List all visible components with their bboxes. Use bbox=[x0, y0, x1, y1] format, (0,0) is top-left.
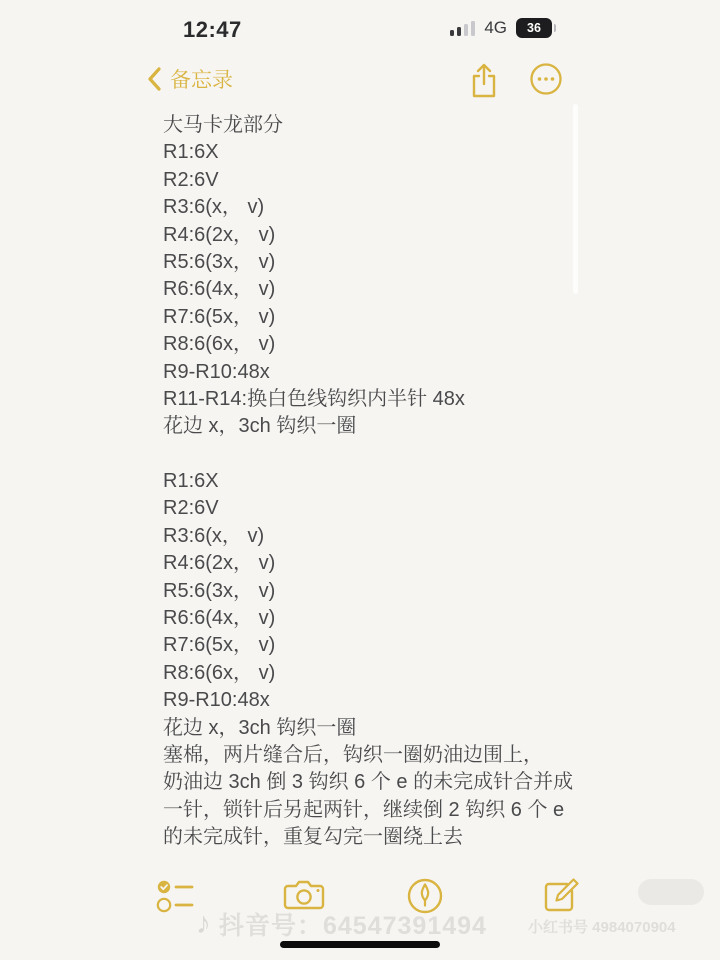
cellular-signal-icon bbox=[450, 21, 476, 36]
note-line: R2:6V bbox=[163, 167, 603, 194]
note-line: 塞棉，两片缝合后，钩织一圈奶油边围上， bbox=[163, 742, 603, 769]
note-line: 一针，锁针后另起两针，继续倒 2 钩织 6 个 e bbox=[163, 797, 603, 824]
note-line: R3:6(x， v) bbox=[163, 194, 603, 221]
clock: 12:47 bbox=[183, 17, 242, 43]
note-line: R7:6(5x， v) bbox=[163, 304, 603, 331]
scrollbar[interactable] bbox=[573, 104, 578, 294]
note-line: 花边 x，3ch 钩织一圈 bbox=[163, 715, 603, 742]
note-line: R5:6(3x， v) bbox=[163, 578, 603, 605]
bottom-toolbar bbox=[0, 872, 720, 924]
note-line: R8:6(6x， v) bbox=[163, 660, 603, 687]
note-line: R11-R14:换白色线钩织内半针 48x bbox=[163, 386, 603, 413]
back-chevron-icon bbox=[147, 67, 161, 91]
note-line: R6:6(4x， v) bbox=[163, 276, 603, 303]
share-icon[interactable] bbox=[468, 62, 500, 100]
compose-icon[interactable] bbox=[540, 876, 582, 916]
note-line: R8:6(6x， v) bbox=[163, 331, 603, 358]
note-line: R9-R10:48x bbox=[163, 687, 603, 714]
note-line: R5:6(3x， v) bbox=[163, 249, 603, 276]
note-line: R1:6X bbox=[163, 139, 603, 166]
note-line: 的未完成针，重复勾完一圈绕上去 bbox=[163, 824, 603, 851]
battery-icon: 36 bbox=[516, 18, 552, 38]
battery-percent: 36 bbox=[527, 21, 541, 35]
note-line: R1:6X bbox=[163, 468, 603, 495]
checklist-icon[interactable] bbox=[155, 876, 199, 916]
note-line: 大马卡龙部分 bbox=[163, 112, 603, 139]
more-ellipsis-icon[interactable] bbox=[529, 62, 563, 96]
note-line: 花边 x，3ch 钩织一圈 bbox=[163, 413, 603, 440]
note-line: R9-R10:48x bbox=[163, 359, 603, 386]
markup-pen-icon[interactable] bbox=[405, 876, 445, 916]
note-line: R6:6(4x， v) bbox=[163, 605, 603, 632]
note-line bbox=[163, 441, 603, 468]
back-button-label: 备忘录 bbox=[170, 64, 233, 94]
status-bar: 12:47 4G 36 bbox=[0, 0, 720, 52]
note-line: R4:6(2x， v) bbox=[163, 222, 603, 249]
camera-icon[interactable] bbox=[283, 876, 327, 914]
note-line: 奶油边 3ch 倒 3 钩织 6 个 e 的未完成针合并成 bbox=[163, 769, 603, 796]
home-indicator-handle[interactable] bbox=[280, 941, 440, 948]
note-line: R4:6(2x， v) bbox=[163, 550, 603, 577]
note-line: R3:6(x， v) bbox=[163, 523, 603, 550]
back-to-notes-button[interactable]: 备忘录 bbox=[147, 64, 233, 94]
note-line: R2:6V bbox=[163, 495, 603, 522]
network-type-label: 4G bbox=[484, 18, 507, 38]
note-line: R7:6(5x， v) bbox=[163, 632, 603, 659]
note-text-area[interactable]: 大马卡龙部分R1:6XR2:6VR3:6(x， v)R4:6(2x， v)R5:… bbox=[163, 112, 603, 852]
nav-bar: 备忘录 bbox=[0, 58, 720, 102]
